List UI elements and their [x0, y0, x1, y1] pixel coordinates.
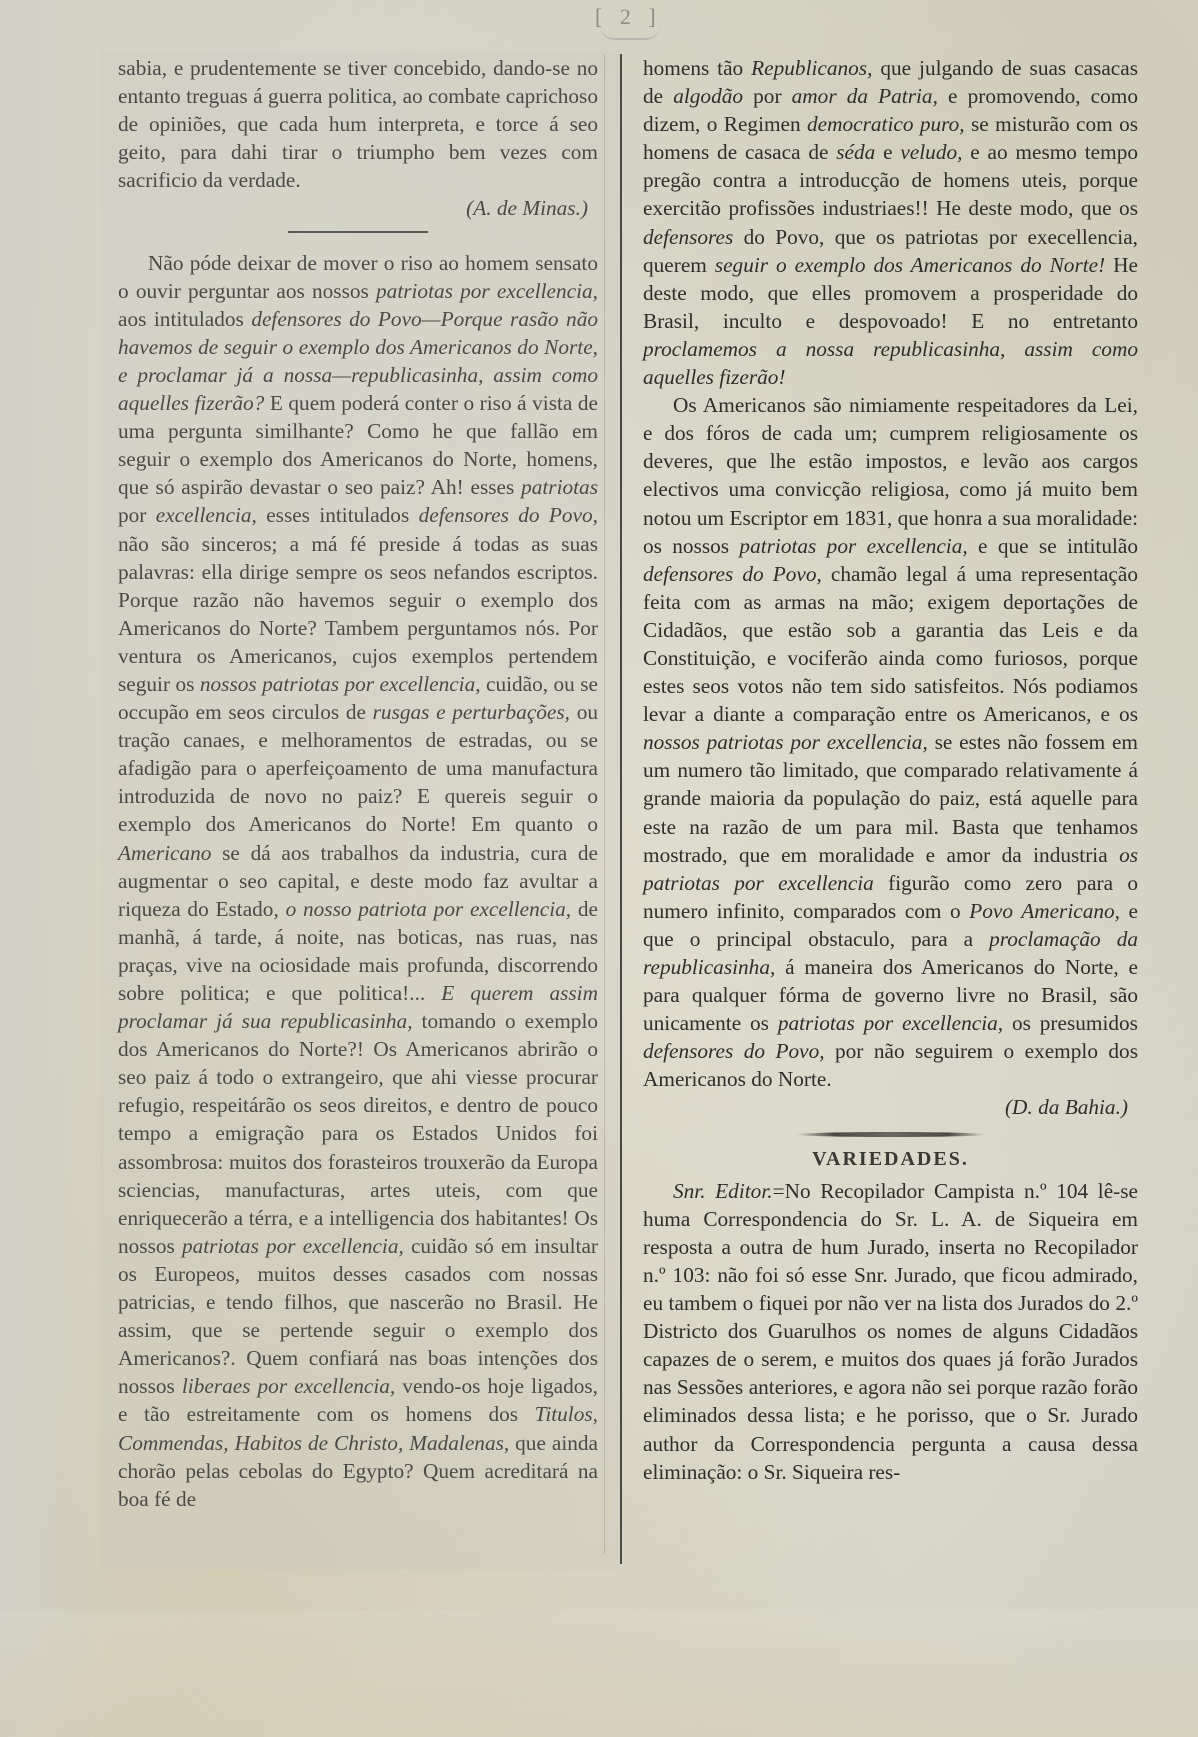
text-run: por	[118, 503, 156, 527]
article-paragraph: Os Americanos são nimiamente respeitador…	[643, 391, 1138, 1093]
left-column: sabia, e prudentemente se tiver concebid…	[118, 54, 598, 1513]
text-run: e	[875, 140, 900, 164]
text-run: esses intitulados	[257, 503, 419, 527]
text-run: homens tão	[643, 56, 751, 80]
italic-run: algodão	[673, 84, 743, 108]
italic-run: rusgas e perturbações,	[373, 700, 570, 724]
italic-run: patriotas por excellencia,	[778, 1011, 1003, 1035]
italic-run: defensores do Povo,	[643, 1039, 825, 1063]
article-ending-paragraph: sabia, e prudentemente se tiver concebid…	[118, 54, 598, 194]
article-paragraph: Não póde deixar de mover o riso ao homem…	[118, 249, 598, 1513]
page-edge-shadow	[0, 0, 110, 1737]
bottom-margin	[0, 1610, 1198, 1737]
text-run: tomando o exemplo dos Americanos do Nort…	[118, 1009, 598, 1258]
newspaper-page: [ 2 ] sabia, e prudentemente se tiver co…	[0, 0, 1198, 1737]
article-continuation-paragraph: homens tão Republicanos, que julgando de…	[643, 54, 1138, 391]
column-rule	[620, 54, 622, 1564]
italic-run: nossos patriotas por excellencia,	[643, 730, 928, 754]
italic-run: proclamemos a nossa republicasinha, assi…	[643, 337, 1138, 389]
italic-run: defensores do Povo,	[643, 562, 822, 586]
italic-run: o nosso patriota por excellencia,	[286, 897, 572, 921]
italic-run: Republicanos,	[751, 56, 872, 80]
italic-run: amor da Patria,	[792, 84, 938, 108]
italic-run: excellencia,	[156, 503, 257, 527]
italic-run: seguir o exemplo dos Americanos do Norte…	[715, 253, 1105, 277]
italic-run: patriotas	[521, 475, 598, 499]
italic-run: nossos patriotas por excellencia,	[200, 672, 481, 696]
text-run: os presumidos	[1003, 1011, 1138, 1035]
section-heading-variedades: VARIEDADES.	[643, 1145, 1138, 1173]
italic-run: patriotas por excellencia,	[739, 534, 967, 558]
faint-column-rule	[604, 54, 605, 1554]
text-run: por	[743, 84, 792, 108]
text-run: chamão legal á uma representação feita c…	[643, 562, 1138, 726]
italic-run: democratico puro,	[807, 112, 965, 136]
article-divider	[288, 231, 428, 233]
italic-run: séda	[836, 140, 875, 164]
signature-d-da-bahia: (D. da Bahia.)	[643, 1093, 1138, 1121]
italic-run: Snr. Editor.	[673, 1179, 773, 1203]
text-run: =No Recopilador Campista n.º 104 lê-se h…	[643, 1179, 1138, 1484]
italic-run: defensores	[643, 225, 733, 249]
page-number-ornament	[600, 26, 660, 40]
italic-run: liberaes por excellencia,	[182, 1374, 395, 1398]
ornamental-divider	[796, 1132, 986, 1137]
text-run: e que se intitulão	[968, 534, 1138, 558]
italic-run: Americano	[118, 841, 211, 865]
letter-paragraph: Snr. Editor.=No Recopilador Campista n.º…	[643, 1177, 1138, 1486]
right-column: homens tão Republicanos, que julgando de…	[643, 54, 1138, 1486]
italic-run: defensores do Povo,	[419, 503, 598, 527]
italic-run: patriotas por excellencia,	[376, 279, 598, 303]
italic-run: veludo,	[900, 140, 962, 164]
italic-run: patriotas por excellencia,	[182, 1234, 404, 1258]
italic-run: Povo Americano,	[969, 899, 1120, 923]
text-run: aos intitulados	[118, 307, 251, 331]
signature-a-de-minas: (A. de Minas.)	[118, 194, 598, 222]
